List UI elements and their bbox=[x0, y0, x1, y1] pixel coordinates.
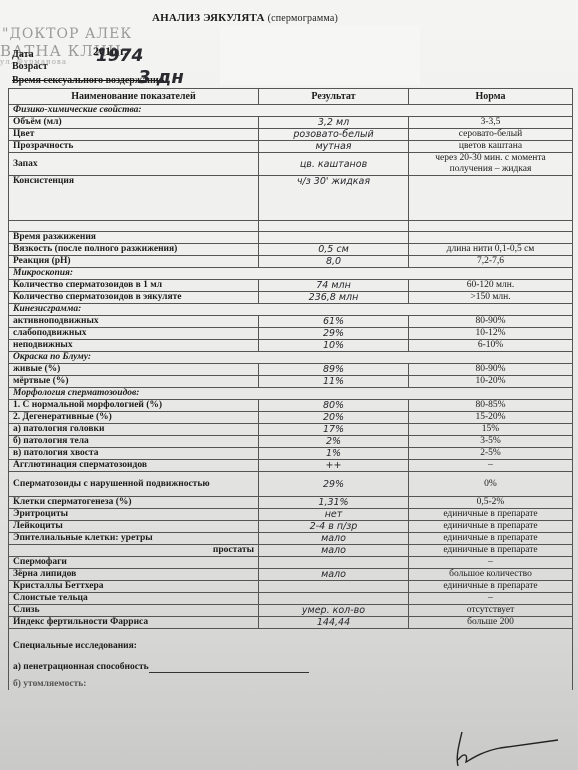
row-result: 2-4 в п/зр bbox=[259, 521, 409, 533]
row-label: мёртвые (%) bbox=[9, 376, 259, 388]
row-label: Эритроциты bbox=[9, 509, 259, 521]
table-row: Эпителиальные клетки: уретрымалоединичны… bbox=[9, 533, 573, 545]
table-row: Количество сперматозоидов в 1 мл74 млн60… bbox=[9, 280, 573, 292]
row-norm: больше 200 bbox=[409, 617, 573, 629]
row-result: 0,5 см bbox=[259, 244, 409, 256]
row-norm: 15% bbox=[409, 424, 573, 436]
age-label: Возраст bbox=[12, 61, 48, 72]
redacted-area bbox=[220, 25, 420, 85]
table-row: Агглютинация сперматозоидов++– bbox=[9, 460, 573, 472]
row-norm: 10-12% bbox=[409, 328, 573, 340]
row-norm: 80-90% bbox=[409, 316, 573, 328]
special-tests-row: Специальные исследования: а) пенетрацион… bbox=[9, 629, 573, 691]
row-label: простаты bbox=[9, 545, 259, 557]
row-norm: отсутствует bbox=[409, 605, 573, 617]
row-result: 61% bbox=[259, 316, 409, 328]
section-row: Физико-химические свойства: bbox=[9, 105, 573, 117]
row-result: ч/з 30' жидкая bbox=[259, 176, 409, 221]
row-label: Слизь bbox=[9, 605, 259, 617]
table-row: Объём (мл)3,2 мл3-3,5 bbox=[9, 117, 573, 129]
row-norm: – bbox=[409, 593, 573, 605]
row-label: Индекс фертильности Фарриса bbox=[9, 617, 259, 629]
row-result: 10% bbox=[259, 340, 409, 352]
table-row: неподвижных10%6-10% bbox=[9, 340, 573, 352]
row-result: умер. кол-во bbox=[259, 605, 409, 617]
table-row: Лейкоциты2-4 в п/зрединичные в препарате bbox=[9, 521, 573, 533]
row-label: Агглютинация сперматозоидов bbox=[9, 460, 259, 472]
row-result bbox=[259, 557, 409, 569]
empty-cell bbox=[259, 221, 409, 232]
row-norm: единичные в препарате bbox=[409, 545, 573, 557]
special-tests-cell: Специальные исследования: а) пенетрацион… bbox=[9, 629, 573, 691]
row-norm: 80-90% bbox=[409, 364, 573, 376]
row-result bbox=[259, 232, 409, 244]
row-result: 29% bbox=[259, 472, 409, 497]
row-label: Цвет bbox=[9, 129, 259, 141]
row-norm bbox=[409, 232, 573, 244]
table-row: Кристаллы Беттхераединичные в препарате bbox=[9, 581, 573, 593]
table-row: Цветрозовато-белыйсеровато-белый bbox=[9, 129, 573, 141]
row-result: мутная bbox=[259, 141, 409, 153]
table-row: Запахцв. каштановчерез 20-30 мин. с моме… bbox=[9, 153, 573, 176]
table-header: Наименование показателей Результат Норма bbox=[9, 89, 573, 105]
row-label: Эпителиальные клетки: уретры bbox=[9, 533, 259, 545]
col-header-name: Наименование показателей bbox=[9, 89, 259, 105]
row-result: 144,44 bbox=[259, 617, 409, 629]
row-result: 80% bbox=[259, 400, 409, 412]
clinic-stamp-line1: "ДОКТОР АЛЕК bbox=[2, 26, 132, 42]
row-norm: единичные в препарате bbox=[409, 533, 573, 545]
table-row: б) патология тела2%3-5% bbox=[9, 436, 573, 448]
row-norm: 6-10% bbox=[409, 340, 573, 352]
table-row: Время разжижения bbox=[9, 232, 573, 244]
row-result: нет bbox=[259, 509, 409, 521]
table-row: Количество сперматозоидов в эякуляте236,… bbox=[9, 292, 573, 304]
row-result bbox=[259, 593, 409, 605]
row-result: 74 млн bbox=[259, 280, 409, 292]
row-norm: единичные в препарате bbox=[409, 581, 573, 593]
table-row: слабоподвижных29%10-12% bbox=[9, 328, 573, 340]
row-label: живые (%) bbox=[9, 364, 259, 376]
section-heading: Физико-химические свойства: bbox=[9, 105, 573, 117]
row-label: Реакция (pH) bbox=[9, 256, 259, 268]
row-result: 3,2 мл bbox=[259, 117, 409, 129]
table-row: живые (%)89%80-90% bbox=[9, 364, 573, 376]
section-row: Морфология сперматозоидов: bbox=[9, 388, 573, 400]
row-norm: через 20-30 мин. с моментa получения – ж… bbox=[409, 153, 573, 176]
row-norm: 10-20% bbox=[409, 376, 573, 388]
row-result: 8,0 bbox=[259, 256, 409, 268]
row-result: 17% bbox=[259, 424, 409, 436]
row-label: активноподвижных bbox=[9, 316, 259, 328]
row-result: 20% bbox=[259, 412, 409, 424]
row-result: 29% bbox=[259, 328, 409, 340]
row-label: Прозрачность bbox=[9, 141, 259, 153]
section-row: Микроскопия: bbox=[9, 268, 573, 280]
row-norm: 60-120 млн. bbox=[409, 280, 573, 292]
abstinence-value: 3 дн bbox=[138, 67, 184, 88]
row-result: 2% bbox=[259, 436, 409, 448]
row-result: цв. каштанов bbox=[259, 153, 409, 176]
row-result: мало bbox=[259, 545, 409, 557]
row-label: Объём (мл) bbox=[9, 117, 259, 129]
row-norm: 3-5% bbox=[409, 436, 573, 448]
table-row: Сперматозоиды с нарушенной подвижностью2… bbox=[9, 472, 573, 497]
row-norm: единичные в препарате bbox=[409, 509, 573, 521]
table-row: простатымалоединичные в препарате bbox=[9, 545, 573, 557]
section-row: Окраска по Блуму: bbox=[9, 352, 573, 364]
row-norm: 2-5% bbox=[409, 448, 573, 460]
row-norm: – bbox=[409, 460, 573, 472]
row-norm: цветов каштана bbox=[409, 141, 573, 153]
section-heading: Окраска по Блуму: bbox=[9, 352, 573, 364]
row-result: 1,31% bbox=[259, 497, 409, 509]
table-row: мёртвые (%)11%10-20% bbox=[9, 376, 573, 388]
row-label: в) патология хвоста bbox=[9, 448, 259, 460]
row-label: Кристаллы Беттхера bbox=[9, 581, 259, 593]
row-norm: 7,2-7,6 bbox=[409, 256, 573, 268]
row-label: Зёрна липидов bbox=[9, 569, 259, 581]
row-norm: >150 млн. bbox=[409, 292, 573, 304]
row-label: Сперматозоиды с нарушенной подвижностью bbox=[9, 472, 259, 497]
row-label: Запах bbox=[9, 153, 259, 176]
table-row: 1. С нормальной морфологией (%)80%80-85% bbox=[9, 400, 573, 412]
title-subtitle: (спермограмма) bbox=[268, 13, 338, 24]
row-label: 1. С нормальной морфологией (%) bbox=[9, 400, 259, 412]
table-row: активноподвижных61%80-90% bbox=[9, 316, 573, 328]
table-row: Слизьумер. кол-воотсутствует bbox=[9, 605, 573, 617]
table-row: Спермофаги– bbox=[9, 557, 573, 569]
table-row: Зёрна липидовмалобольшое количество bbox=[9, 569, 573, 581]
age-handwritten: 1974 bbox=[96, 46, 143, 66]
row-label: Консистенция bbox=[9, 176, 259, 221]
title-text: АНАЛИЗ ЭЯКУЛЯТА bbox=[152, 12, 265, 24]
special-item-b: б) утомляемость: bbox=[13, 679, 568, 690]
row-result: мало bbox=[259, 569, 409, 581]
row-label: слабоподвижных bbox=[9, 328, 259, 340]
row-norm: серовато-белый bbox=[409, 129, 573, 141]
empty-cell bbox=[9, 221, 259, 232]
row-norm: длина нити 0,1-0,5 см bbox=[409, 244, 573, 256]
row-label: 2. Дегенеративные (%) bbox=[9, 412, 259, 424]
table-row: в) патология хвоста1%2-5% bbox=[9, 448, 573, 460]
table-row: Клетки сперматогенеза (%)1,31%0,5-2% bbox=[9, 497, 573, 509]
row-label: Слоистые тельца bbox=[9, 593, 259, 605]
table-row: Прозрачностьмутнаяцветов каштана bbox=[9, 141, 573, 153]
row-label: б) патология тела bbox=[9, 436, 259, 448]
row-label: Спермофаги bbox=[9, 557, 259, 569]
special-tests-title: Специальные исследования: bbox=[13, 641, 568, 652]
special-item-a: а) пенетрационная способность bbox=[13, 662, 568, 673]
row-norm: 0,5-2% bbox=[409, 497, 573, 509]
document-title: АНАЛИЗ ЭЯКУЛЯТА (спермограмма) bbox=[152, 12, 338, 24]
row-label: Количество сперматозоидов в 1 мл bbox=[9, 280, 259, 292]
table-row: Индекс фертильности Фарриса144,44больше … bbox=[9, 617, 573, 629]
row-result: 1% bbox=[259, 448, 409, 460]
date-label: Дата bbox=[12, 49, 34, 60]
table-row: Вязкость (после полного разжижения)0,5 с… bbox=[9, 244, 573, 256]
table-row: Эритроцитынетединичные в препарате bbox=[9, 509, 573, 521]
section-heading: Морфология сперматозоидов: bbox=[9, 388, 573, 400]
row-result: ++ bbox=[259, 460, 409, 472]
row-label: неподвижных bbox=[9, 340, 259, 352]
row-result: 89% bbox=[259, 364, 409, 376]
row-result: 236,8 млн bbox=[259, 292, 409, 304]
table-row: Слоистые тельца– bbox=[9, 593, 573, 605]
table-row: Консистенцияч/з 30' жидкая bbox=[9, 176, 573, 221]
row-result: мало bbox=[259, 533, 409, 545]
special-item-a-label: а) пенетрационная способность bbox=[13, 662, 149, 672]
blank-line bbox=[149, 663, 309, 673]
row-label: Клетки сперматогенеза (%) bbox=[9, 497, 259, 509]
col-header-norm: Норма bbox=[409, 89, 573, 105]
row-norm: единичные в препарате bbox=[409, 521, 573, 533]
row-result bbox=[259, 581, 409, 593]
row-label: а) патология головки bbox=[9, 424, 259, 436]
col-header-result: Результат bbox=[259, 89, 409, 105]
section-heading: Микроскопия: bbox=[9, 268, 573, 280]
row-label: Лейкоциты bbox=[9, 521, 259, 533]
section-row: Кинезисграмма: bbox=[9, 304, 573, 316]
table-row: а) патология головки17%15% bbox=[9, 424, 573, 436]
row-result: розовато-белый bbox=[259, 129, 409, 141]
table-row: Реакция (pH)8,07,2-7,6 bbox=[9, 256, 573, 268]
doctor-signature bbox=[440, 730, 560, 770]
results-table: Наименование показателей Результат Норма… bbox=[8, 88, 573, 690]
row-norm: 80-85% bbox=[409, 400, 573, 412]
table-row: 2. Дегенеративные (%)20%15-20% bbox=[9, 412, 573, 424]
row-norm: 15-20% bbox=[409, 412, 573, 424]
row-norm: 3-3,5 bbox=[409, 117, 573, 129]
row-label: Время разжижения bbox=[9, 232, 259, 244]
row-norm: 0% bbox=[409, 472, 573, 497]
row-norm bbox=[409, 176, 573, 221]
row-result: 11% bbox=[259, 376, 409, 388]
row-norm: – bbox=[409, 557, 573, 569]
row-label: Вязкость (после полного разжижения) bbox=[9, 244, 259, 256]
empty-cell bbox=[409, 221, 573, 232]
row-norm: большое количество bbox=[409, 569, 573, 581]
section-heading: Кинезисграмма: bbox=[9, 304, 573, 316]
table-row bbox=[9, 221, 573, 232]
row-label: Количество сперматозоидов в эякуляте bbox=[9, 292, 259, 304]
